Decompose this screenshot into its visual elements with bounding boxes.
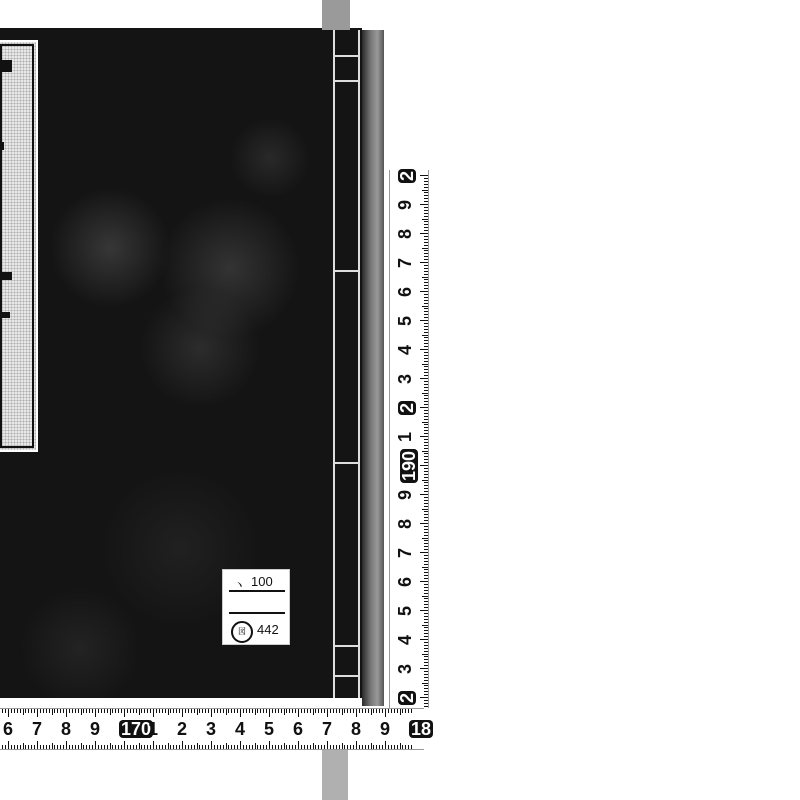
ruler-label: 9 xyxy=(396,490,414,500)
ruler-tick xyxy=(424,575,428,576)
ruler-tick xyxy=(8,741,9,749)
ruler-tick xyxy=(424,636,428,637)
ruler-tick xyxy=(31,709,32,713)
ruler-tick xyxy=(424,549,428,550)
ruler-tick xyxy=(424,427,428,428)
ruler-tick xyxy=(422,335,428,336)
ruler-tick xyxy=(424,601,428,602)
ruler-tick xyxy=(424,375,428,376)
ruler-tick xyxy=(304,709,305,713)
ruler-tick xyxy=(408,709,409,713)
ruler-tick xyxy=(424,700,428,701)
ruler-tick xyxy=(424,387,428,388)
ruler-tick xyxy=(424,300,428,301)
ruler-tick xyxy=(165,745,166,749)
ruler-tick xyxy=(424,181,428,182)
ruler-tick xyxy=(424,587,428,588)
ruler-tick xyxy=(424,265,428,266)
ruler-tick xyxy=(313,709,314,715)
ruler-tick xyxy=(257,709,258,713)
ruler-tick xyxy=(342,709,343,715)
ruler-tick xyxy=(368,745,369,749)
ruler-tick xyxy=(424,656,428,657)
ruler-label: 3 xyxy=(396,374,414,384)
ruler-tick xyxy=(292,745,293,749)
ruler-tick xyxy=(420,436,428,437)
ruler-tick xyxy=(424,355,428,356)
ruler-tick xyxy=(260,745,261,749)
ruler-tick xyxy=(2,709,3,713)
ruler-tick xyxy=(301,745,302,749)
ruler-tick xyxy=(342,743,343,749)
ruler-tick xyxy=(347,745,348,749)
ruler-tick xyxy=(424,329,428,330)
ruler-tick xyxy=(402,709,403,713)
ruler-tick xyxy=(424,256,428,257)
ruler-tick xyxy=(424,192,428,193)
ruler-tick xyxy=(286,745,287,749)
ruler-tick xyxy=(420,610,428,611)
ruler-tick xyxy=(424,642,428,643)
ruler-tick xyxy=(424,285,428,286)
ruler-tick xyxy=(72,745,73,749)
ruler-tick xyxy=(422,451,428,452)
ruler-tick xyxy=(424,488,428,489)
ruler-tick xyxy=(422,422,428,423)
ruler-tick xyxy=(344,709,345,713)
ruler-tick xyxy=(220,745,221,749)
ruler-tick xyxy=(234,709,235,713)
ruler-tick xyxy=(185,745,186,749)
ruler-tick xyxy=(385,709,386,717)
ruler-tick xyxy=(424,274,428,275)
ruler-tick xyxy=(333,745,334,749)
ruler-tick xyxy=(424,543,428,544)
ruler-tick xyxy=(424,598,428,599)
ruler-tick xyxy=(424,569,428,570)
ruler-tick xyxy=(424,604,428,605)
ruler-tick xyxy=(104,709,105,713)
ruler-tick xyxy=(420,639,428,640)
ruler-tick xyxy=(336,709,337,713)
ruler-tick xyxy=(281,745,282,749)
ruler-tick xyxy=(246,745,247,749)
ruler-tick xyxy=(182,741,183,749)
ruler-tick xyxy=(292,709,293,713)
ruler-tick xyxy=(17,745,18,749)
ruler-tick xyxy=(278,709,279,713)
ruler-tick xyxy=(422,625,428,626)
ruler-tick xyxy=(397,709,398,713)
ruler-label: 18 xyxy=(409,720,433,738)
ruler-tick xyxy=(424,346,428,347)
ruler-tick xyxy=(424,694,428,695)
ruler-tick xyxy=(223,709,224,713)
ruler-tick xyxy=(424,645,428,646)
ruler-tick xyxy=(20,745,21,749)
ruler-tick xyxy=(424,453,428,454)
ruler-tick xyxy=(202,709,203,713)
horizontal-ruler: 678917012345678918 xyxy=(0,708,424,750)
ruler-tick xyxy=(5,745,6,749)
ruler-tick xyxy=(424,303,428,304)
ruler-tick xyxy=(40,745,41,749)
ruler-tick xyxy=(424,497,428,498)
ruler-tick xyxy=(424,526,428,527)
ruler-tick xyxy=(424,271,428,272)
ruler-tick xyxy=(191,709,192,713)
ruler-tick xyxy=(46,709,47,713)
ruler-tick xyxy=(121,709,122,713)
ruler-tick xyxy=(144,745,145,749)
ruler-tick xyxy=(420,697,428,698)
ruler-tick xyxy=(43,745,44,749)
binding-thread xyxy=(358,30,360,698)
ruler-tick xyxy=(321,745,322,749)
ruler-tick xyxy=(98,745,99,749)
ruler-tick xyxy=(257,745,258,749)
ruler-tick xyxy=(313,743,314,749)
ruler-tick xyxy=(424,245,428,246)
ruler-tick xyxy=(424,500,428,501)
ruler-tick xyxy=(424,398,428,399)
ruler-tick xyxy=(420,523,428,524)
ruler-tick xyxy=(95,741,96,749)
ruler-label: 6 xyxy=(3,720,13,738)
ruler-tick xyxy=(243,745,244,749)
ruler-tick xyxy=(424,445,428,446)
ruler-tick xyxy=(424,195,428,196)
ruler-tick xyxy=(411,709,412,713)
ruler-tick xyxy=(422,277,428,278)
ruler-tick xyxy=(424,369,428,370)
ruler-tick xyxy=(424,572,428,573)
ruler-tick xyxy=(397,745,398,749)
ruler-tick xyxy=(289,745,290,749)
ruler-tick xyxy=(420,204,428,205)
book-cover xyxy=(0,28,362,698)
ruler-tick xyxy=(424,520,428,521)
ruler-tick xyxy=(408,745,409,749)
ruler-tick xyxy=(234,745,235,749)
ruler-label: 2 xyxy=(398,401,416,415)
binding-thread xyxy=(333,55,360,57)
ruler-tick xyxy=(240,741,241,749)
ruler-tick xyxy=(136,709,137,713)
ruler-tick xyxy=(81,709,82,715)
ruler-tick xyxy=(424,506,428,507)
ruler-tick xyxy=(202,745,203,749)
ruler-tick xyxy=(424,561,428,562)
ruler-tick xyxy=(424,540,428,541)
label-shelf-number: 442 xyxy=(257,622,279,637)
ruler-tick xyxy=(284,709,285,715)
ruler-tick xyxy=(424,311,428,312)
ruler-tick xyxy=(405,745,406,749)
ruler-tick xyxy=(424,703,428,704)
ruler-tick xyxy=(23,709,24,715)
ruler-tick xyxy=(424,468,428,469)
ruler-tick xyxy=(75,709,76,713)
ruler-tick xyxy=(420,262,428,263)
ruler-tick xyxy=(391,709,392,713)
ruler-tick xyxy=(424,578,428,579)
ruler-tick xyxy=(424,279,428,280)
ruler-tick xyxy=(424,332,428,333)
ruler-tick xyxy=(43,709,44,713)
ruler-tick xyxy=(310,709,311,713)
ruler-tick xyxy=(11,745,12,749)
ruler-tick xyxy=(424,648,428,649)
ruler-label: 7 xyxy=(396,548,414,558)
ruler-tick xyxy=(424,532,428,533)
ruler-tick xyxy=(422,190,428,191)
ruler-label: 9 xyxy=(396,200,414,210)
ruler-tick xyxy=(424,216,428,217)
ruler-tick xyxy=(353,709,354,713)
ruler-label: 2 xyxy=(177,720,187,738)
ruler-tick xyxy=(424,651,428,652)
ruler-tick xyxy=(424,253,428,254)
ruler-tick xyxy=(424,340,428,341)
ruler-tick xyxy=(424,471,428,472)
ruler-tick xyxy=(231,709,232,713)
ruler-tick xyxy=(133,745,134,749)
ruler-tick xyxy=(156,709,157,713)
ruler-tick xyxy=(422,596,428,597)
label-number: 100 xyxy=(251,574,273,589)
ruler-label: 8 xyxy=(396,229,414,239)
ruler-tick xyxy=(379,745,380,749)
ruler-label: 7 xyxy=(322,720,332,738)
ruler-label: 2 xyxy=(398,691,416,705)
ruler-tick xyxy=(118,745,119,749)
ruler-tick xyxy=(424,308,428,309)
ruler-tick xyxy=(130,709,131,713)
ruler-tick xyxy=(382,709,383,713)
ruler-tick xyxy=(266,745,267,749)
ruler-tick xyxy=(52,709,53,715)
ruler-tick xyxy=(49,709,50,713)
ruler-tick xyxy=(14,709,15,713)
ruler-tick xyxy=(63,745,64,749)
ruler-tick xyxy=(420,349,428,350)
ruler-tick xyxy=(420,291,428,292)
ruler-tick xyxy=(315,709,316,713)
ruler-tick xyxy=(424,535,428,536)
ruler-tick xyxy=(147,709,148,713)
ruler-tick xyxy=(86,745,87,749)
ruler-tick xyxy=(52,743,53,749)
ruler-tick xyxy=(424,236,428,237)
ruler-tick xyxy=(368,709,369,713)
ruler-label: 6 xyxy=(396,577,414,587)
ruler-tick xyxy=(249,745,250,749)
ruler-tick xyxy=(424,395,428,396)
ruler-tick xyxy=(115,709,116,713)
ruler-label: 1 xyxy=(396,432,414,442)
ruler-tick xyxy=(424,633,428,634)
ruler-tick xyxy=(159,745,160,749)
ruler-tick xyxy=(388,709,389,713)
ruler-tick xyxy=(424,558,428,559)
ruler-tick xyxy=(252,745,253,749)
ruler-tick xyxy=(57,745,58,749)
ruler-tick xyxy=(422,393,428,394)
ruler-tick xyxy=(339,709,340,713)
ruler-tick xyxy=(424,677,428,678)
ruler-tick xyxy=(424,390,428,391)
ruler-tick xyxy=(5,709,6,713)
ruler-tick xyxy=(422,480,428,481)
ruler-tick xyxy=(173,745,174,749)
ruler-tick xyxy=(289,709,290,713)
ruler-tick xyxy=(231,745,232,749)
ruler-tick xyxy=(371,743,372,749)
ruler-tick xyxy=(424,416,428,417)
ruler-tick xyxy=(95,709,96,717)
ruler-tick xyxy=(301,709,302,713)
binding-thread xyxy=(333,675,360,677)
ruler-tick xyxy=(118,709,119,713)
ruler-tick xyxy=(362,709,363,713)
ruler-tick xyxy=(318,745,319,749)
ruler-tick xyxy=(327,709,328,717)
ruler-tick xyxy=(424,613,428,614)
ruler-tick xyxy=(424,404,428,405)
ruler-tick xyxy=(197,709,198,715)
ruler-tick xyxy=(424,213,428,214)
ruler-tick xyxy=(199,745,200,749)
title-character xyxy=(0,202,2,252)
catalog-label: ヽ 100 図 442 xyxy=(222,569,290,645)
ruler-tick xyxy=(424,665,428,666)
ruler-tick xyxy=(20,709,21,713)
ruler-tick xyxy=(424,555,428,556)
ruler-tick xyxy=(379,709,380,713)
ruler-tick xyxy=(298,741,299,749)
ruler-tick xyxy=(422,219,428,220)
ruler-tick xyxy=(46,745,47,749)
ruler-tick xyxy=(272,745,273,749)
ruler-tick xyxy=(424,622,428,623)
ruler-tick xyxy=(424,456,428,457)
ruler-tick xyxy=(424,419,428,420)
ruler-tick xyxy=(246,709,247,713)
ruler-tick xyxy=(139,709,140,715)
ruler-tick xyxy=(424,282,428,283)
ruler-tick xyxy=(424,564,428,565)
ruler-tick xyxy=(101,745,102,749)
ruler-tick xyxy=(411,745,412,749)
ruler-tick xyxy=(159,709,160,713)
ruler-tick xyxy=(424,268,428,269)
ruler-tick xyxy=(298,709,299,717)
title-character xyxy=(0,60,12,72)
ruler-tick xyxy=(78,745,79,749)
ruler-tick xyxy=(376,709,377,713)
ruler-tick xyxy=(424,685,428,686)
binding-thread xyxy=(333,645,360,647)
ruler-tick xyxy=(226,743,227,749)
ruler-tick xyxy=(168,743,169,749)
ruler-tick xyxy=(121,745,122,749)
ruler-tick xyxy=(424,706,428,707)
ruler-tick xyxy=(424,358,428,359)
ruler-tick xyxy=(34,745,35,749)
ruler-tick xyxy=(424,366,428,367)
ruler-tick xyxy=(162,709,163,713)
ruler-tick xyxy=(199,709,200,713)
ruler-tick xyxy=(350,709,351,713)
ruler-tick xyxy=(424,671,428,672)
ruler-tick xyxy=(188,709,189,713)
ruler-tick xyxy=(214,745,215,749)
ruler-tick xyxy=(424,207,428,208)
ruler-tick xyxy=(424,326,428,327)
ruler-tick xyxy=(424,590,428,591)
ruler-label: 8 xyxy=(396,519,414,529)
ruler-label: 3 xyxy=(206,720,216,738)
ruler-tick xyxy=(263,709,264,713)
ruler-tick xyxy=(243,709,244,713)
ruler-tick xyxy=(394,709,395,713)
ruler-tick xyxy=(237,745,238,749)
ruler-tick xyxy=(104,745,105,749)
ruler-tick xyxy=(223,745,224,749)
ruler-tick xyxy=(165,709,166,713)
ruler-tick xyxy=(424,297,428,298)
ruler-tick xyxy=(307,745,308,749)
ruler-tick xyxy=(424,691,428,692)
binding-thread xyxy=(333,80,360,82)
ruler-tick xyxy=(424,384,428,385)
ruler-tick xyxy=(424,517,428,518)
ruler-tick xyxy=(275,745,276,749)
ruler-tick xyxy=(424,688,428,689)
ruler-tick xyxy=(424,187,428,188)
ruler-tick xyxy=(153,709,154,717)
ruler-tick xyxy=(362,745,363,749)
ruler-tick xyxy=(373,709,374,713)
binding-tape-top xyxy=(322,0,350,30)
ruler-tick xyxy=(424,511,428,512)
title-character xyxy=(0,142,4,150)
ruler-tick xyxy=(420,378,428,379)
ruler-tick xyxy=(179,709,180,713)
ruler-tick xyxy=(54,745,55,749)
ruler-tick xyxy=(37,741,38,749)
ruler-tick xyxy=(217,745,218,749)
ruler-tick xyxy=(400,743,401,749)
ruler-tick xyxy=(336,745,337,749)
ruler-tick xyxy=(353,745,354,749)
ruler-tick xyxy=(92,745,93,749)
ruler-tick xyxy=(424,462,428,463)
ruler-label: 5 xyxy=(396,316,414,326)
ruler-tick xyxy=(424,317,428,318)
ruler-tick xyxy=(424,381,428,382)
ruler-tick xyxy=(391,745,392,749)
ruler-tick xyxy=(141,709,142,713)
ruler-tick xyxy=(424,184,428,185)
ruler-tick xyxy=(420,552,428,553)
ruler-tick xyxy=(162,745,163,749)
ruler-tick xyxy=(424,674,428,675)
ruler-tick xyxy=(424,361,428,362)
ruler-tick xyxy=(330,745,331,749)
ruler-tick xyxy=(284,743,285,749)
